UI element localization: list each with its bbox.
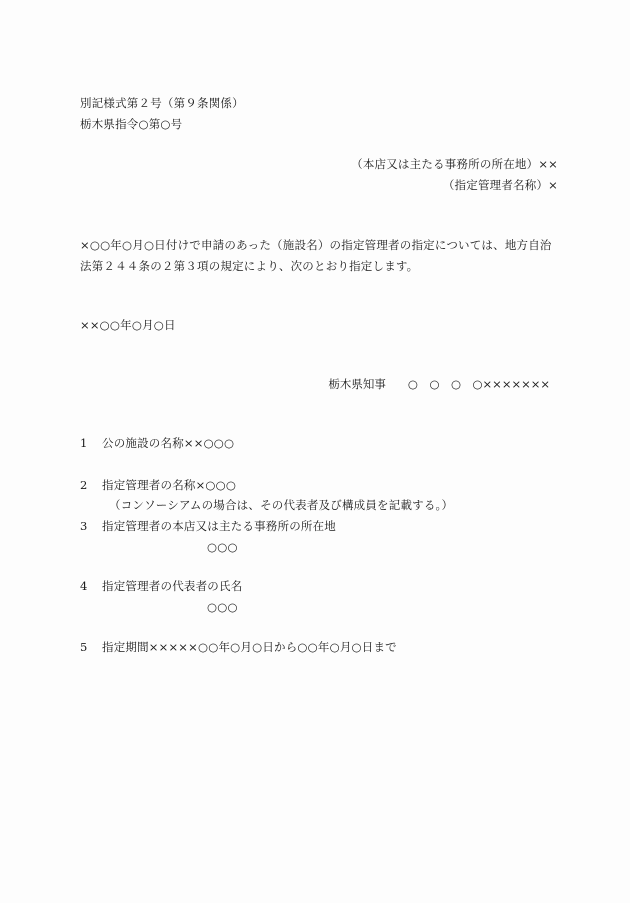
item-label: 指定管理者の名称×○○○ — [102, 478, 236, 492]
item-label: 指定期間×××××○○年○月○日から○○年○月○日まで — [102, 640, 397, 654]
item-label: 公の施設の名称××○○○ — [102, 436, 234, 450]
item-number: 4 — [80, 576, 102, 596]
issuer-name: ○ ○ ○ ○××××××× — [408, 377, 550, 391]
addressee-name: （指定管理者名称）× — [443, 175, 558, 195]
item-3: 3指定管理者の本店又は主たる事務所の所在地 — [80, 516, 336, 536]
item-label: 指定管理者の代表者の氏名 — [102, 579, 242, 593]
addressee-address: （本店又は主たる事務所の所在地）×× — [351, 154, 558, 174]
item-number: 2 — [80, 475, 102, 495]
issuer-block: 栃木県知事○ ○ ○ ○××××××× — [328, 374, 550, 394]
item-4-value: ○○○ — [207, 597, 238, 617]
document-page: 別記様式第２号（第９条関係） 栃木県指令○第○号 （本店又は主たる事務所の所在地… — [0, 0, 630, 903]
item-number: 1 — [80, 433, 102, 453]
item-4: 4指定管理者の代表者の氏名 — [80, 576, 242, 596]
item-number: 5 — [80, 637, 102, 657]
designation-body-text: ×○○年○月○日付けで申請のあった（施設名）の指定管理者の指定については、地方自… — [80, 235, 552, 277]
item-number: 3 — [80, 516, 102, 536]
item-2-note: （コンソーシアムの場合は、その代表者及び構成員を記載する。） — [109, 495, 453, 515]
form-label: 別記様式第２号（第９条関係） — [80, 93, 244, 113]
designation-number: 栃木県指令○第○号 — [80, 114, 182, 134]
item-label: 指定管理者の本店又は主たる事務所の所在地 — [102, 519, 336, 533]
item-1: 1公の施設の名称××○○○ — [80, 433, 234, 453]
item-3-value: ○○○ — [207, 537, 238, 557]
issue-date: ××○○年○月○日 — [80, 315, 176, 335]
item-5: 5指定期間×××××○○年○月○日から○○年○月○日まで — [80, 637, 397, 657]
issuer-title: 栃木県知事 — [328, 377, 386, 391]
item-2: 2指定管理者の名称×○○○ — [80, 475, 236, 495]
